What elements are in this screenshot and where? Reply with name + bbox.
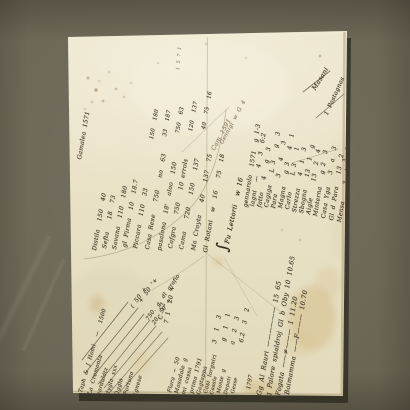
handwriting-line: 6.2 3 2 [239, 307, 251, 343]
handwriting-line: 750 63 [176, 107, 186, 134]
handwriting-line: 40 75 16 [202, 91, 214, 130]
manuscript-photo: Gamalea 15711 5 7 1Cam 1591Gennigi w G 4… [0, 0, 410, 410]
handwriting-line: 1797 [247, 374, 255, 390]
handwriting-line: Gamalea 1571 [77, 111, 91, 160]
handwriting-line: 120 137 [189, 101, 200, 132]
handwriting-line: 150 180 [150, 109, 161, 140]
handwriting-line: 1 5 7 1 [177, 47, 184, 71]
handwriting-line: 1 Pastagnas [324, 76, 346, 116]
handwriting-line: Gesse [231, 377, 239, 394]
handwriting-line: Masani [311, 66, 330, 91]
handwriting-line: Fu Lettorii w 16 [224, 177, 244, 244]
handwriting-line: 33 187 [163, 110, 173, 137]
